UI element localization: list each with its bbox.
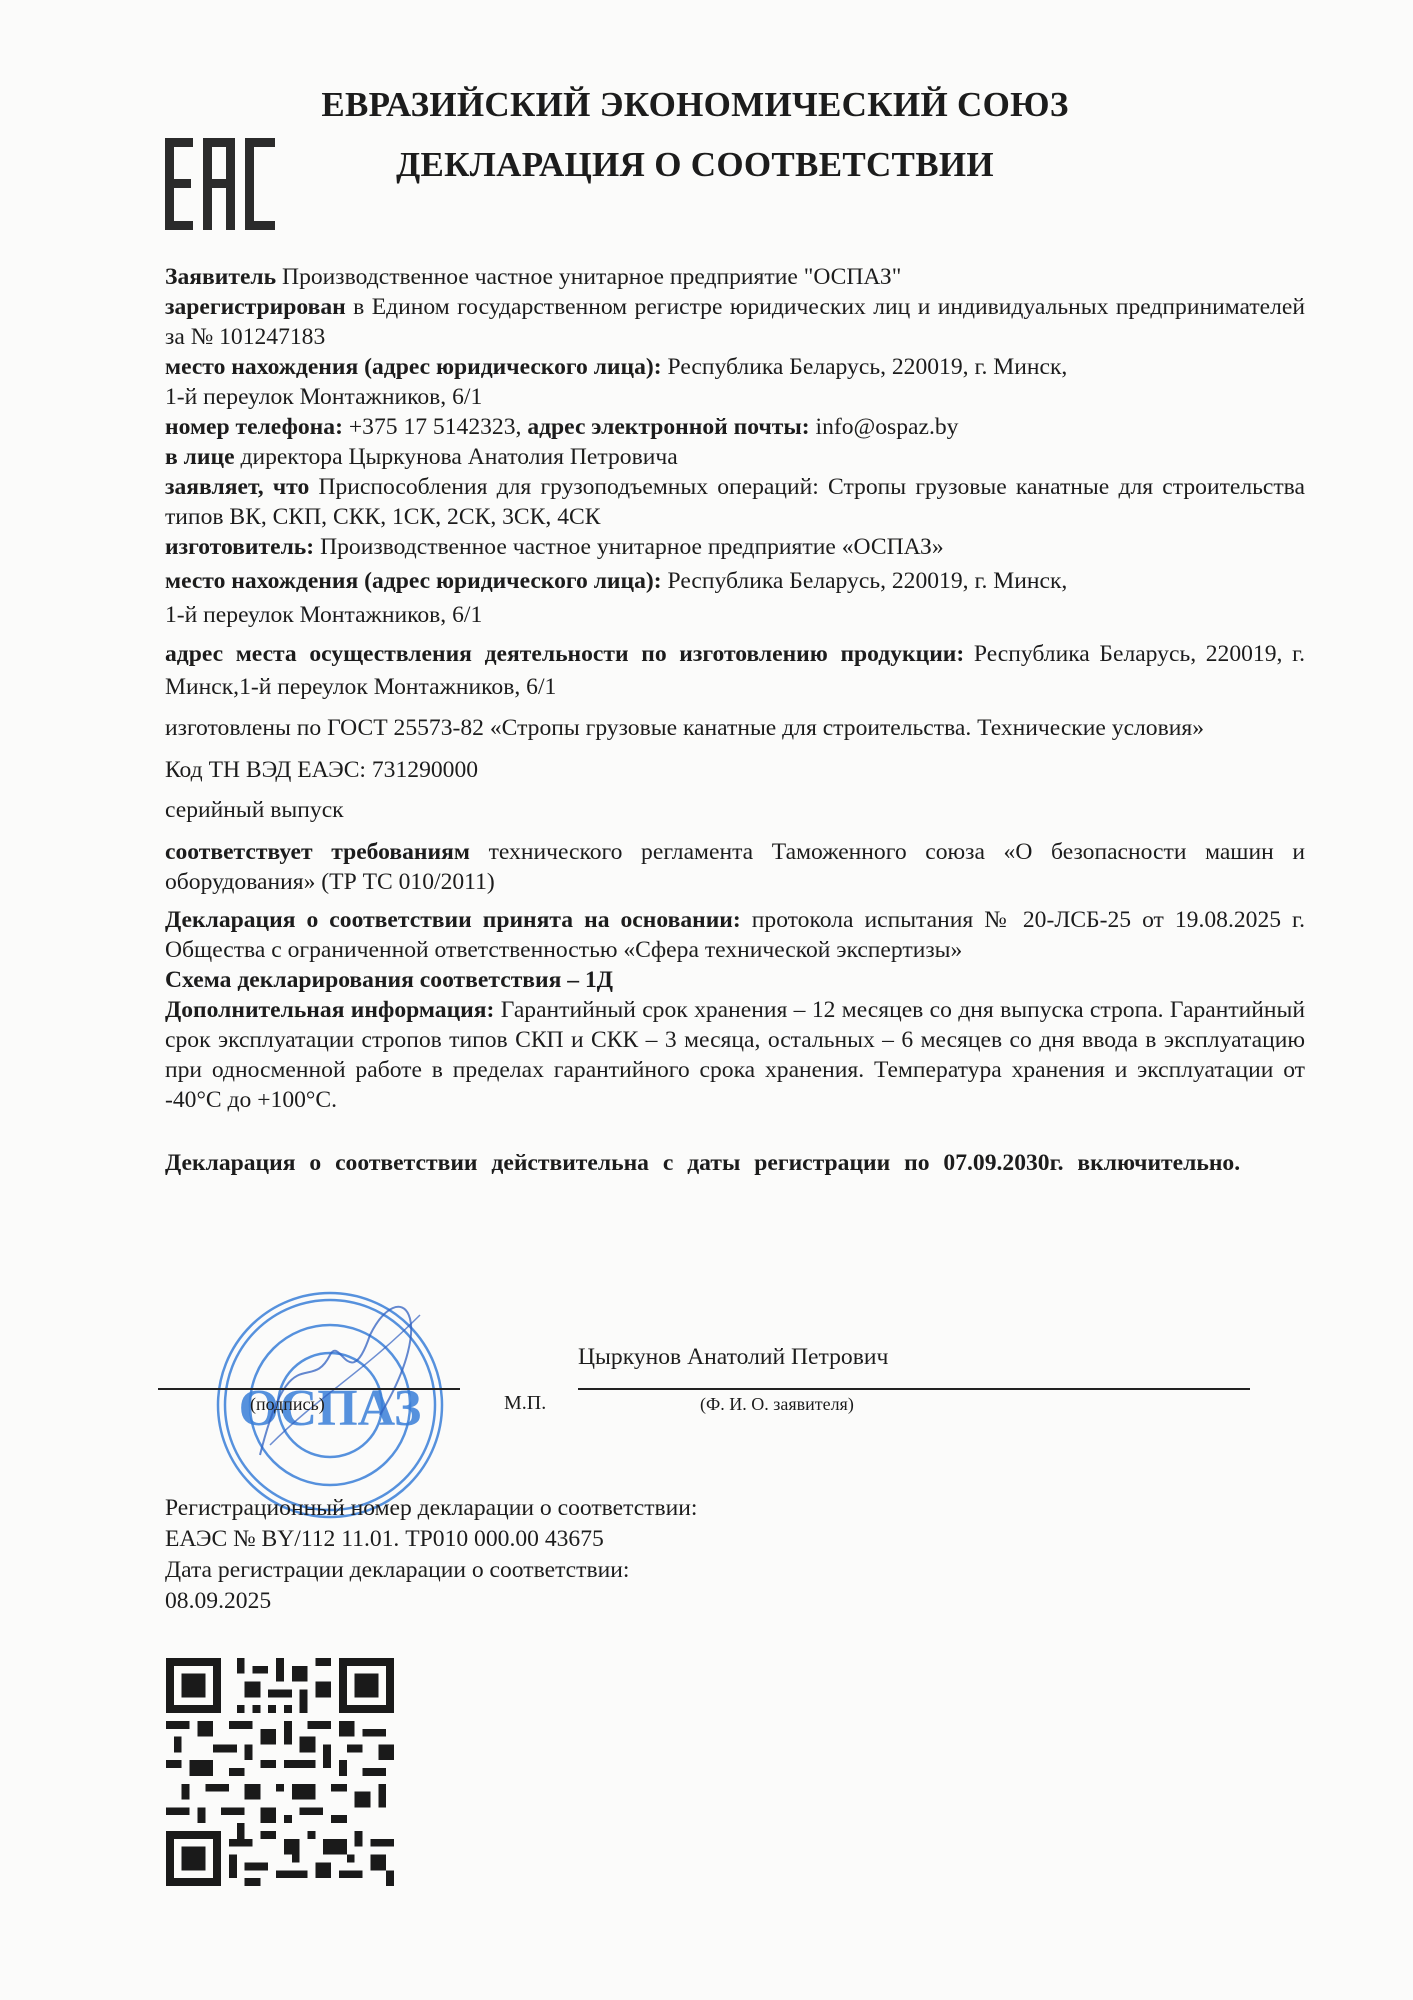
name-caption: (Ф. И. О. заявителя) (700, 1394, 854, 1415)
manufacturer-address-value-2: 1-й переулок Монтажников, 6/1 (165, 600, 1305, 630)
declares-label: заявляет, что (165, 474, 309, 500)
stamp-mark: М.П. (504, 1392, 546, 1415)
registration-number: ЕАЭС № BY/112 11.01. ТР010 000.00 43675 (165, 1524, 1305, 1555)
union-title: ЕВРАЗИЙСКИЙ ЭКОНОМИЧЕСКИЙ СОЮЗ (195, 85, 1195, 125)
signature-caption: (подпись) (250, 1394, 325, 1415)
manufacturer-value: Производственное частное унитарное предп… (320, 534, 944, 560)
applicant-address-label: место нахождения (адрес юридического лиц… (165, 354, 662, 380)
company-stamp-icon: ОСПАЗ (200, 1275, 500, 1525)
registration-date-label: Дата регистрации декларации о соответств… (165, 1555, 1305, 1586)
person-value: директора Цыркунова Анатолия Петровича (240, 444, 677, 470)
applicant-section: Заявитель Производственное частное унита… (165, 262, 1305, 1179)
applicant-address-value-2: 1-й переулок Монтажников, 6/1 (165, 384, 482, 410)
registration-section: Регистрационный номер декларации о соотв… (165, 1493, 1305, 1617)
hs-code: Код ТН ВЭД ЕАЭС: 731290000 (165, 755, 1305, 785)
applicant-value: Производственное частное унитарное предп… (282, 264, 901, 290)
email-value: info@ospaz.by (816, 414, 959, 440)
signature-line (158, 1388, 460, 1390)
declares-value: Приспособления для грузоподъемных операц… (165, 474, 1305, 530)
qr-code-icon[interactable] (165, 1658, 395, 1886)
applicant-address-value: Республика Беларусь, 220019, г. Минск, (668, 354, 1068, 380)
standard-text: изготовлены по ГОСТ 25573-82 «Стропы гру… (165, 712, 1305, 745)
email-label: адрес электронной почты: (527, 414, 809, 440)
document-title: ДЕКЛАРАЦИЯ О СООТВЕТСТВИИ (195, 145, 1195, 185)
compliance-label: соответствует требованиям (165, 839, 470, 865)
registered-label: зарегистрирован (165, 294, 346, 320)
registration-date: 08.09.2025 (165, 1586, 1305, 1617)
production-address-label: адрес места осуществления деятельности п… (165, 641, 964, 667)
manufacturer-label: изготовитель: (165, 534, 314, 560)
validity: Декларация о соответствии действительна … (165, 1147, 1305, 1179)
person-label: в лице (165, 444, 235, 470)
manufacturer-address-label: место нахождения (адрес юридического лиц… (165, 568, 662, 594)
phone-label: номер телефона: (165, 414, 343, 440)
basis-label: Декларация о соответствии принята на осн… (165, 907, 741, 933)
registration-number-label: Регистрационный номер декларации о соотв… (165, 1493, 1305, 1524)
applicant-label: Заявитель (165, 264, 276, 290)
scheme: Схема декларирования соответствия – 1Д (165, 965, 1305, 995)
applicant-name: Цыркунов Анатолий Петрович (578, 1344, 888, 1371)
name-line (578, 1388, 1250, 1390)
additional-label: Дополнительная информация: (165, 997, 494, 1023)
phone-value: +375 17 5142323, (349, 414, 522, 440)
release-type: серийный выпуск (165, 795, 1305, 825)
manufacturer-address-value: Республика Беларусь, 220019, г. Минск, (668, 568, 1068, 594)
